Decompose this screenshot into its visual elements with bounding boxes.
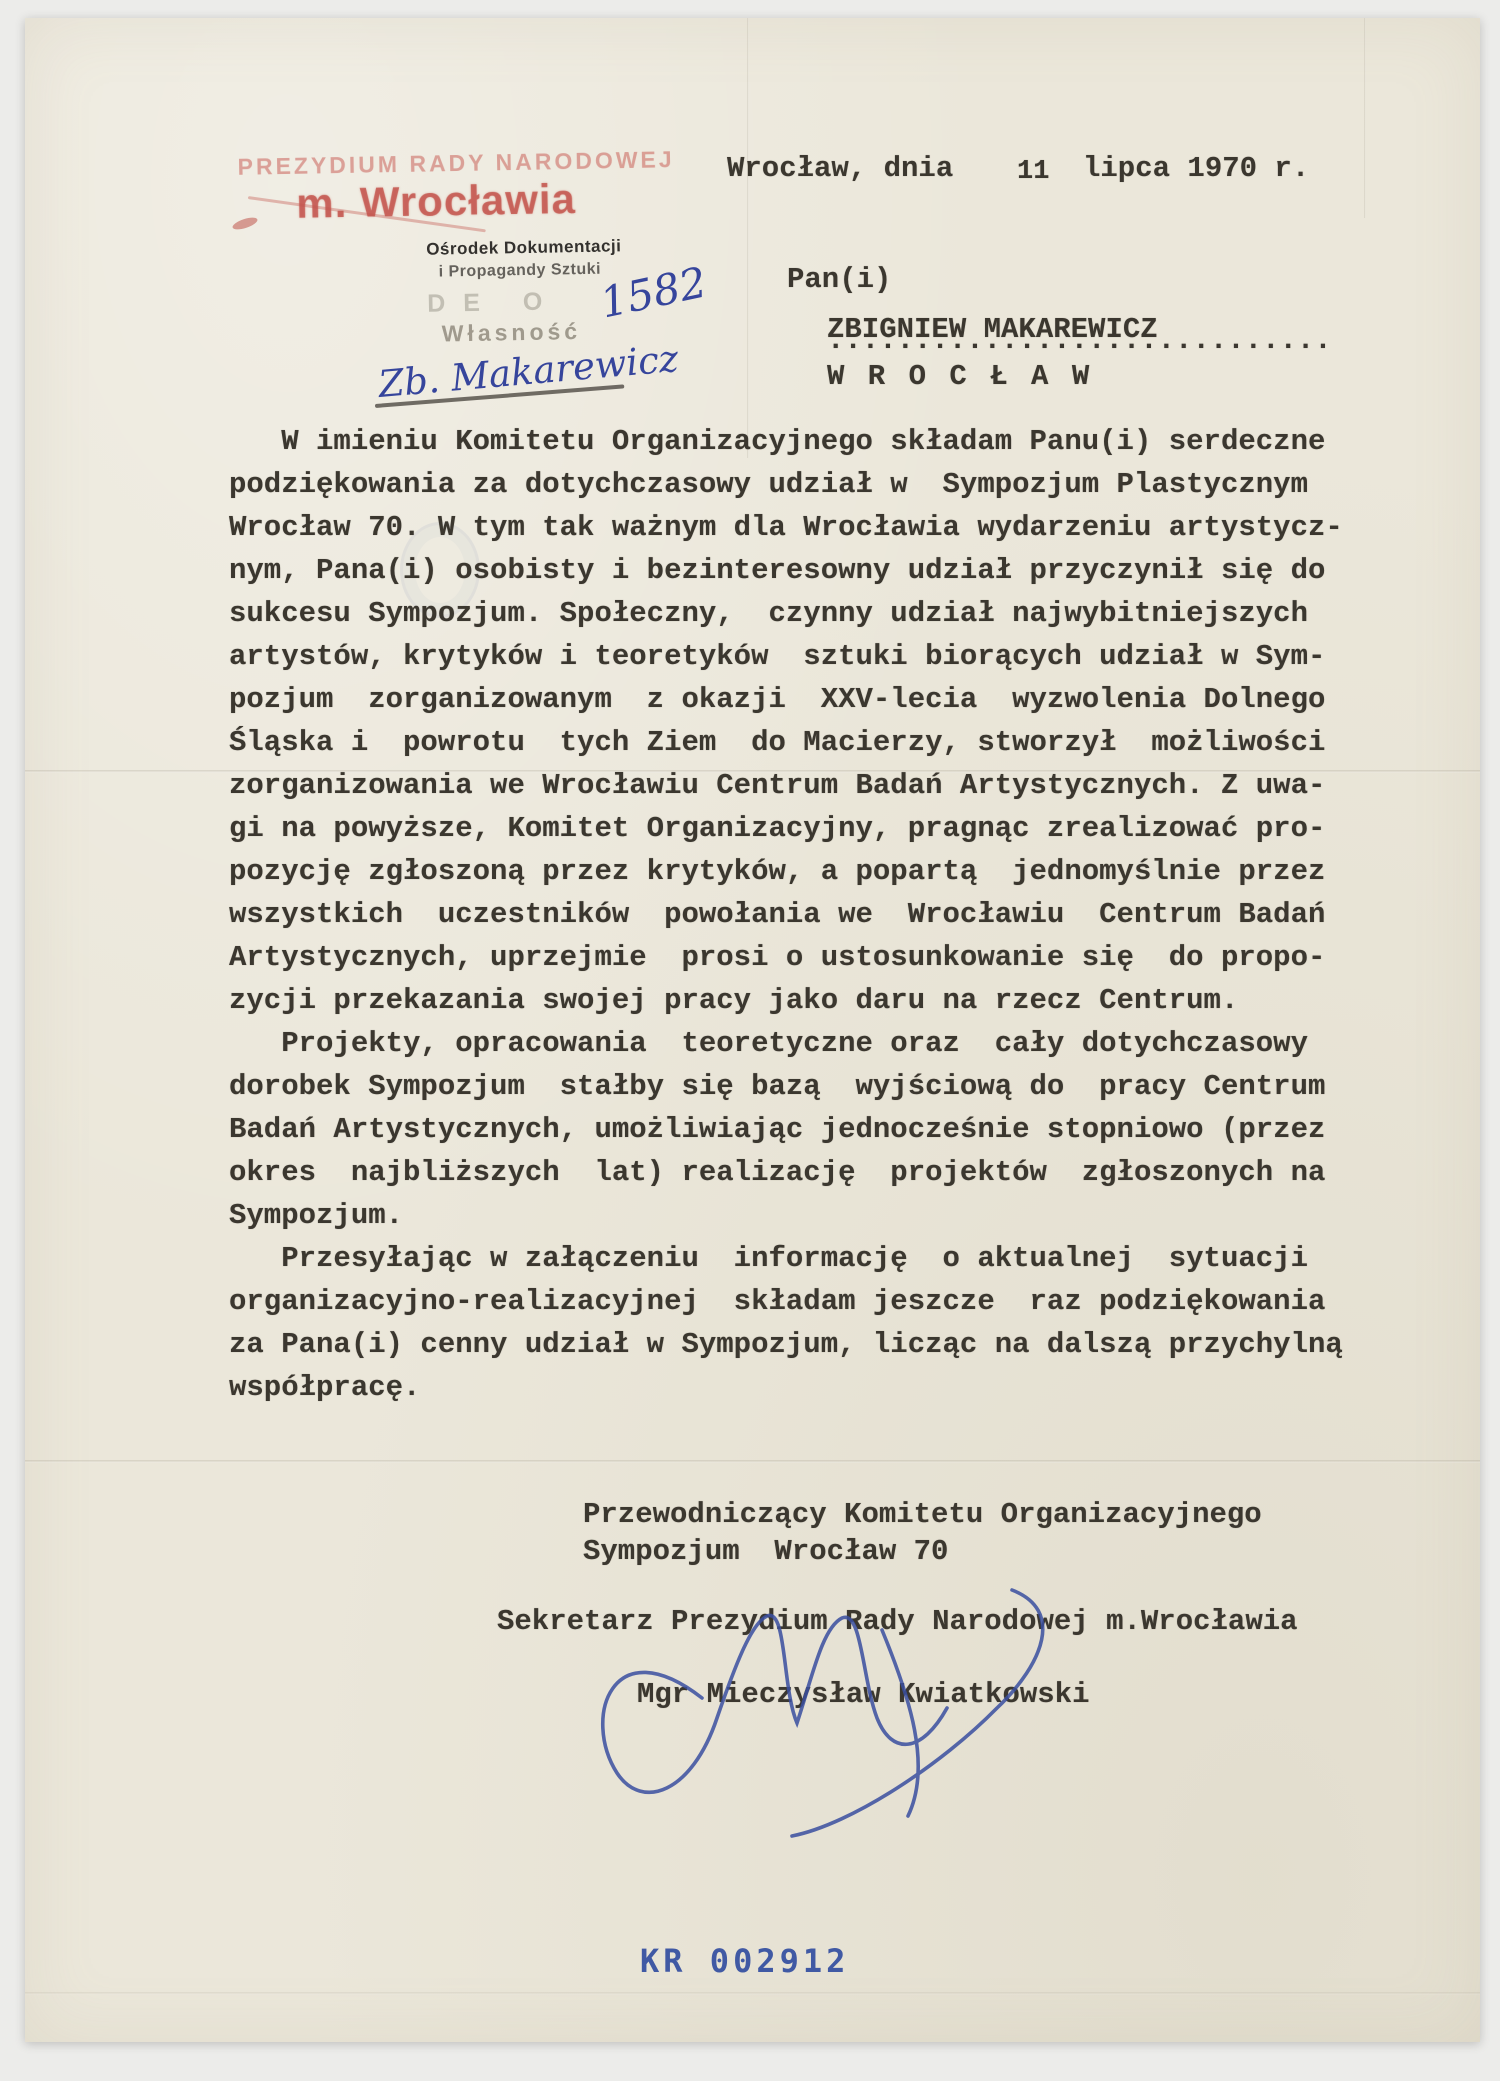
body-line: organizacyjno-realizacyjnej składam jesz…	[229, 1280, 1343, 1323]
body-line: wszystkich uczestników powołania we Wroc…	[229, 893, 1343, 936]
fold-crease-horizontal-2	[25, 1460, 1480, 1463]
black-stamp-line1: Ośrodek Dokumentacji	[426, 236, 621, 259]
fold-crease-vertical	[747, 18, 749, 458]
body-line: Badań Artystycznych, umożliwiając jednoc…	[229, 1108, 1343, 1151]
body-line: zycji przekazania swojej pracy jako daru…	[229, 979, 1343, 1022]
closing-role1-line1: Przewodniczący Komitetu Organizacyjnego	[583, 1498, 1262, 1531]
body-line: Przesyłając w załączeniu informację o ak…	[229, 1237, 1343, 1280]
recipient-salutation: Pan(i)	[787, 263, 891, 296]
scanned-letter-page: { "header": { "dateline_city": "Wrocław,…	[0, 0, 1500, 2081]
black-stamp-line4: Własność	[441, 317, 623, 347]
handwritten-signature	[552, 1568, 1092, 1853]
body-line: zorganizowania we Wrocławiu Centrum Bada…	[229, 764, 1343, 807]
dateline-day: 11	[1017, 157, 1049, 187]
body-line: Sympozjum.	[229, 1194, 1343, 1237]
letter-body: W imieniu Komitetu Organizacyjnego skład…	[229, 420, 1343, 1409]
recipient-dotted-line: .............................	[827, 324, 1332, 357]
body-line: nym, Pana(i) osobisty i bezinteresowny u…	[229, 549, 1343, 592]
body-line: dorobek Sympozjum stałby się bazą wyjści…	[229, 1065, 1343, 1108]
body-line: Śląska i powrotu tych Ziem do Macierzy, …	[229, 721, 1343, 764]
body-line: za Pana(i) cenny udział w Sympozjum, lic…	[229, 1323, 1343, 1366]
body-line: Wrocław 70. W tym tak ważnym dla Wrocław…	[229, 506, 1343, 549]
dateline-rest: lipca 1970 r.	[1083, 152, 1309, 185]
closing-role1-line2: Sympozjum Wrocław 70	[583, 1535, 948, 1568]
black-stamp-line2: i Propagandy Sztuki	[438, 260, 621, 281]
body-line: artystów, krytyków i teoretyków sztuki b…	[229, 635, 1343, 678]
letter-paper: PREZYDIUM RADY NARODOWEJ m. Wrocławia Oś…	[25, 18, 1480, 2042]
serial-number-stamp: KR 002912	[640, 1942, 849, 1980]
fold-crease-vertical-right	[1364, 18, 1366, 218]
black-stamp-line3-faint: DE O	[427, 286, 623, 318]
recipient-city: W R O C Ł A W	[827, 360, 1092, 393]
red-stamp-line2: m. Wrocławia	[296, 173, 676, 228]
body-line: W imieniu Komitetu Organizacyjnego skład…	[229, 420, 1343, 463]
body-line: gi na powyższe, Komitet Organizacyjny, p…	[229, 807, 1343, 850]
black-institution-stamp: Ośrodek Dokumentacji i Propagandy Sztuki…	[426, 236, 623, 347]
body-line: współpracę.	[229, 1366, 1343, 1409]
body-line: okres najbliższych lat) realizację proje…	[229, 1151, 1343, 1194]
body-line: Projekty, opracowania teoretyczne oraz c…	[229, 1022, 1343, 1065]
red-ink-blob	[231, 215, 259, 232]
body-line: Artystycznych, uprzejmie prosi o ustosun…	[229, 936, 1343, 979]
dateline-city: Wrocław, dnia	[727, 152, 953, 185]
body-line: pozjum zorganizowanym z okazji XXV-lecia…	[229, 678, 1343, 721]
red-official-stamp: PREZYDIUM RADY NARODOWEJ m. Wrocławia	[237, 146, 675, 229]
body-line: sukcesu Sympozjum. Społeczny, czynny udz…	[229, 592, 1343, 635]
body-line: podziękowania za dotychczasowy udział w …	[229, 463, 1343, 506]
fold-crease-horizontal-3	[25, 1992, 1480, 1995]
body-line: pozycję zgłoszoną przez krytyków, a popa…	[229, 850, 1343, 893]
